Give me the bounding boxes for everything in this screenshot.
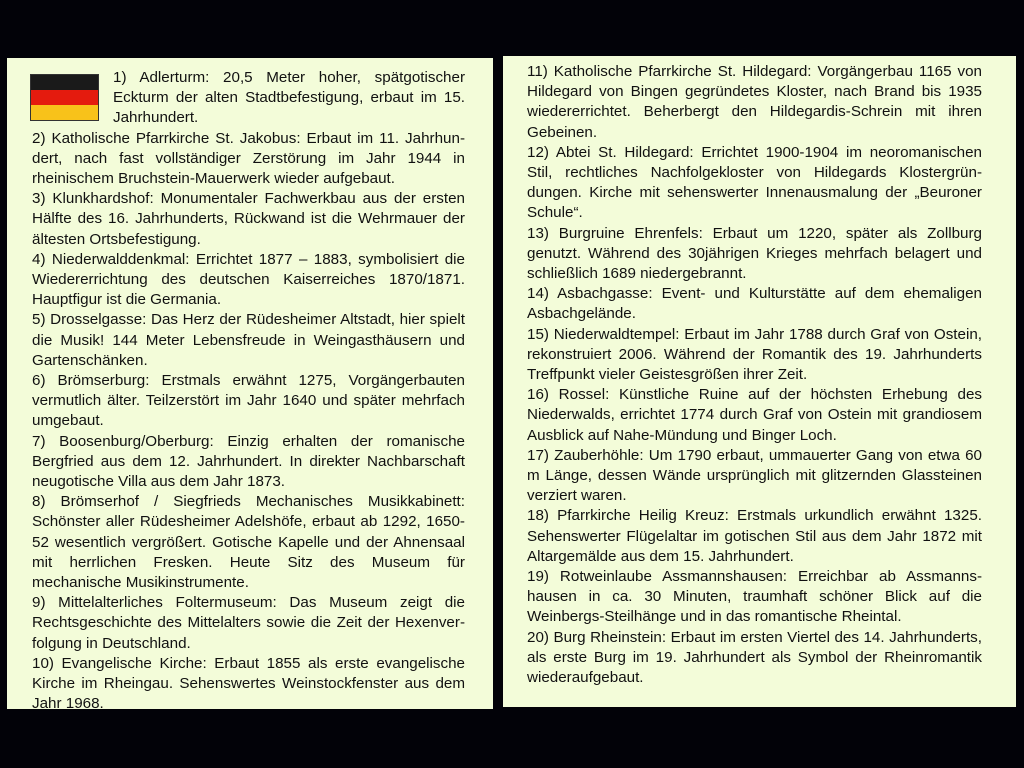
sight-entry: 2) Katholische Pfarrkirche St. Jakobus: … <box>32 129 465 190</box>
left-info-panel: 1) Adlerturm: 20,5 Meter hoher, spätgoti… <box>7 58 493 709</box>
right-entries-list: 11) Katholische Pfarrkirche St. Hildegar… <box>527 62 982 688</box>
sight-entry: 5) Drosselgasse: Das Herz der Rüdesheime… <box>32 310 465 371</box>
germany-flag-icon <box>30 74 99 121</box>
sight-entry: 14) Asbachgasse: Event- und Kulturstätte… <box>527 284 982 324</box>
sight-entry: 6) Brömserburg: Erstmals erwähnt 1275, V… <box>32 371 465 432</box>
sight-entry: 13) Burgruine Ehrenfels: Erbaut um 1220,… <box>527 224 982 285</box>
flag-stripe-gold <box>31 105 98 120</box>
sight-entry: 11) Katholische Pfarrkirche St. Hildegar… <box>527 62 982 143</box>
sight-entry: 20) Burg Rheinstein: Erbaut im ersten Vi… <box>527 628 982 689</box>
sight-entry: 9) Mittelalterliches Foltermuseum: Das M… <box>32 593 465 654</box>
left-entries-list: 1) Adlerturm: 20,5 Meter hoher, spätgoti… <box>32 68 465 715</box>
sight-entry: 3) Klunkhardshof: Monumentaler Fachwerkb… <box>32 189 465 250</box>
right-info-panel: 11) Katholische Pfarrkirche St. Hildegar… <box>503 56 1016 707</box>
sight-entry: 15) Niederwaldtempel: Erbaut im Jahr 178… <box>527 325 982 386</box>
flag-stripe-red <box>31 90 98 105</box>
flag-stripe-black <box>31 75 98 90</box>
sight-entry: 8) Brömserhof / Siegfrieds Mechanisches … <box>32 492 465 593</box>
sight-entry: 4) Niederwalddenkmal: Errichtet 1877 – 1… <box>32 250 465 311</box>
sight-entry: 12) Abtei St. Hildegard: Errichtet 1900-… <box>527 143 982 224</box>
sight-entry: 19) Rotweinlaube Assmannshausen: Erreich… <box>527 567 982 628</box>
sight-entry: 18) Pfarrkirche Heilig Kreuz: Erstmals u… <box>527 506 982 567</box>
sight-entry: 17) Zauberhöhle: Um 1790 erbaut, ummauer… <box>527 446 982 507</box>
sight-entry: 16) Rossel: Künstliche Ruine auf der höc… <box>527 385 982 446</box>
sight-entry: 10) Evangelische Kirche: Erbaut 1855 als… <box>32 654 465 715</box>
sight-entry: 7) Boosenburg/Oberburg: Einzig erhalten … <box>32 432 465 493</box>
